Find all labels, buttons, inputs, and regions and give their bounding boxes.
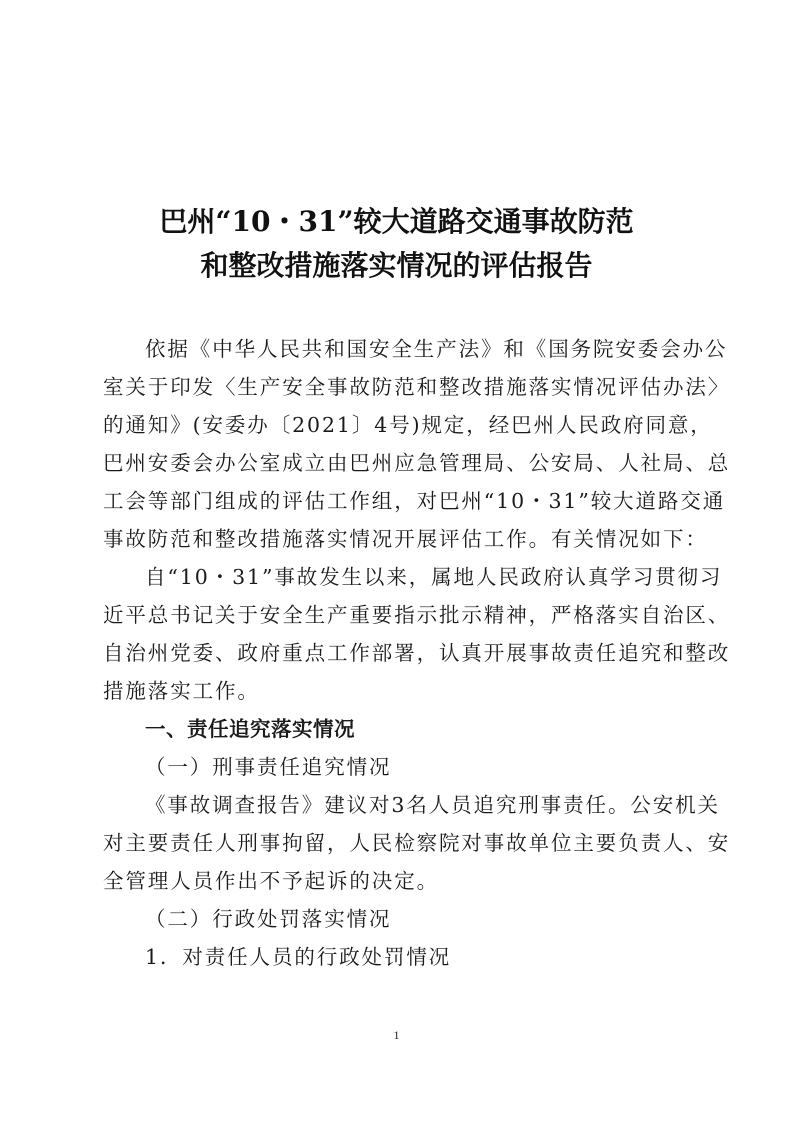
document-title-line-1: 巴州“10・31”较大道路交通事故防范: [0, 200, 793, 244]
paragraph-1-line-2: 室关于印发〈生产安全事故防范和整改措施落实情况评估办法〉: [103, 368, 701, 406]
paragraph-2-line-1: 自“10・31”事故发生以来，属地人民政府认真学习贯彻习: [145, 558, 701, 596]
paragraph-3-line-1: 《事故调查报告》建议对3名人员追究刑事责任。公安机关: [145, 786, 701, 824]
paragraph-2-line-3: 自治州党委、政府重点工作部署，认真开展事故责任追究和整改: [103, 634, 701, 672]
page-number: 1: [0, 1028, 793, 1043]
paragraph-1-line-4: 巴州安委会办公室成立由巴州应急管理局、公安局、人社局、总: [103, 444, 701, 482]
item-1-heading: 1．对责任人员的行政处罚情况: [145, 938, 701, 976]
paragraph-1-line-1: 依据《中华人民共和国安全生产法》和《国务院安委会办公: [145, 330, 701, 368]
section-1-heading: 一、责任追究落实情况: [145, 710, 701, 748]
document-title-line-2: 和整改措施落实情况的评估报告: [0, 244, 793, 288]
subsection-2-heading: （二）行政处罚落实情况: [145, 900, 701, 938]
subsection-1-heading: （一）刑事责任追究情况: [145, 748, 701, 786]
paragraph-1-line-3: 的通知》(安委办〔2021〕4号)规定，经巴州人民政府同意，: [103, 406, 701, 444]
paragraph-1-line-6: 事故防范和整改措施落实情况开展评估工作。有关情况如下：: [103, 520, 701, 558]
paragraph-2-line-4: 措施落实工作。: [103, 672, 701, 710]
paragraph-1-line-5: 工会等部门组成的评估工作组，对巴州“10・31”较大道路交通: [103, 482, 701, 520]
paragraph-3-line-2: 对主要责任人刑事拘留，人民检察院对事故单位主要负责人、安: [103, 824, 701, 862]
paragraph-2-line-2: 近平总书记关于安全生产重要指示批示精神，严格落实自治区、: [103, 596, 701, 634]
document-page: 巴州“10・31”较大道路交通事故防范 和整改措施落实情况的评估报告 依据《中华…: [0, 0, 793, 1122]
paragraph-3-line-3: 全管理人员作出不予起诉的决定。: [103, 862, 701, 900]
